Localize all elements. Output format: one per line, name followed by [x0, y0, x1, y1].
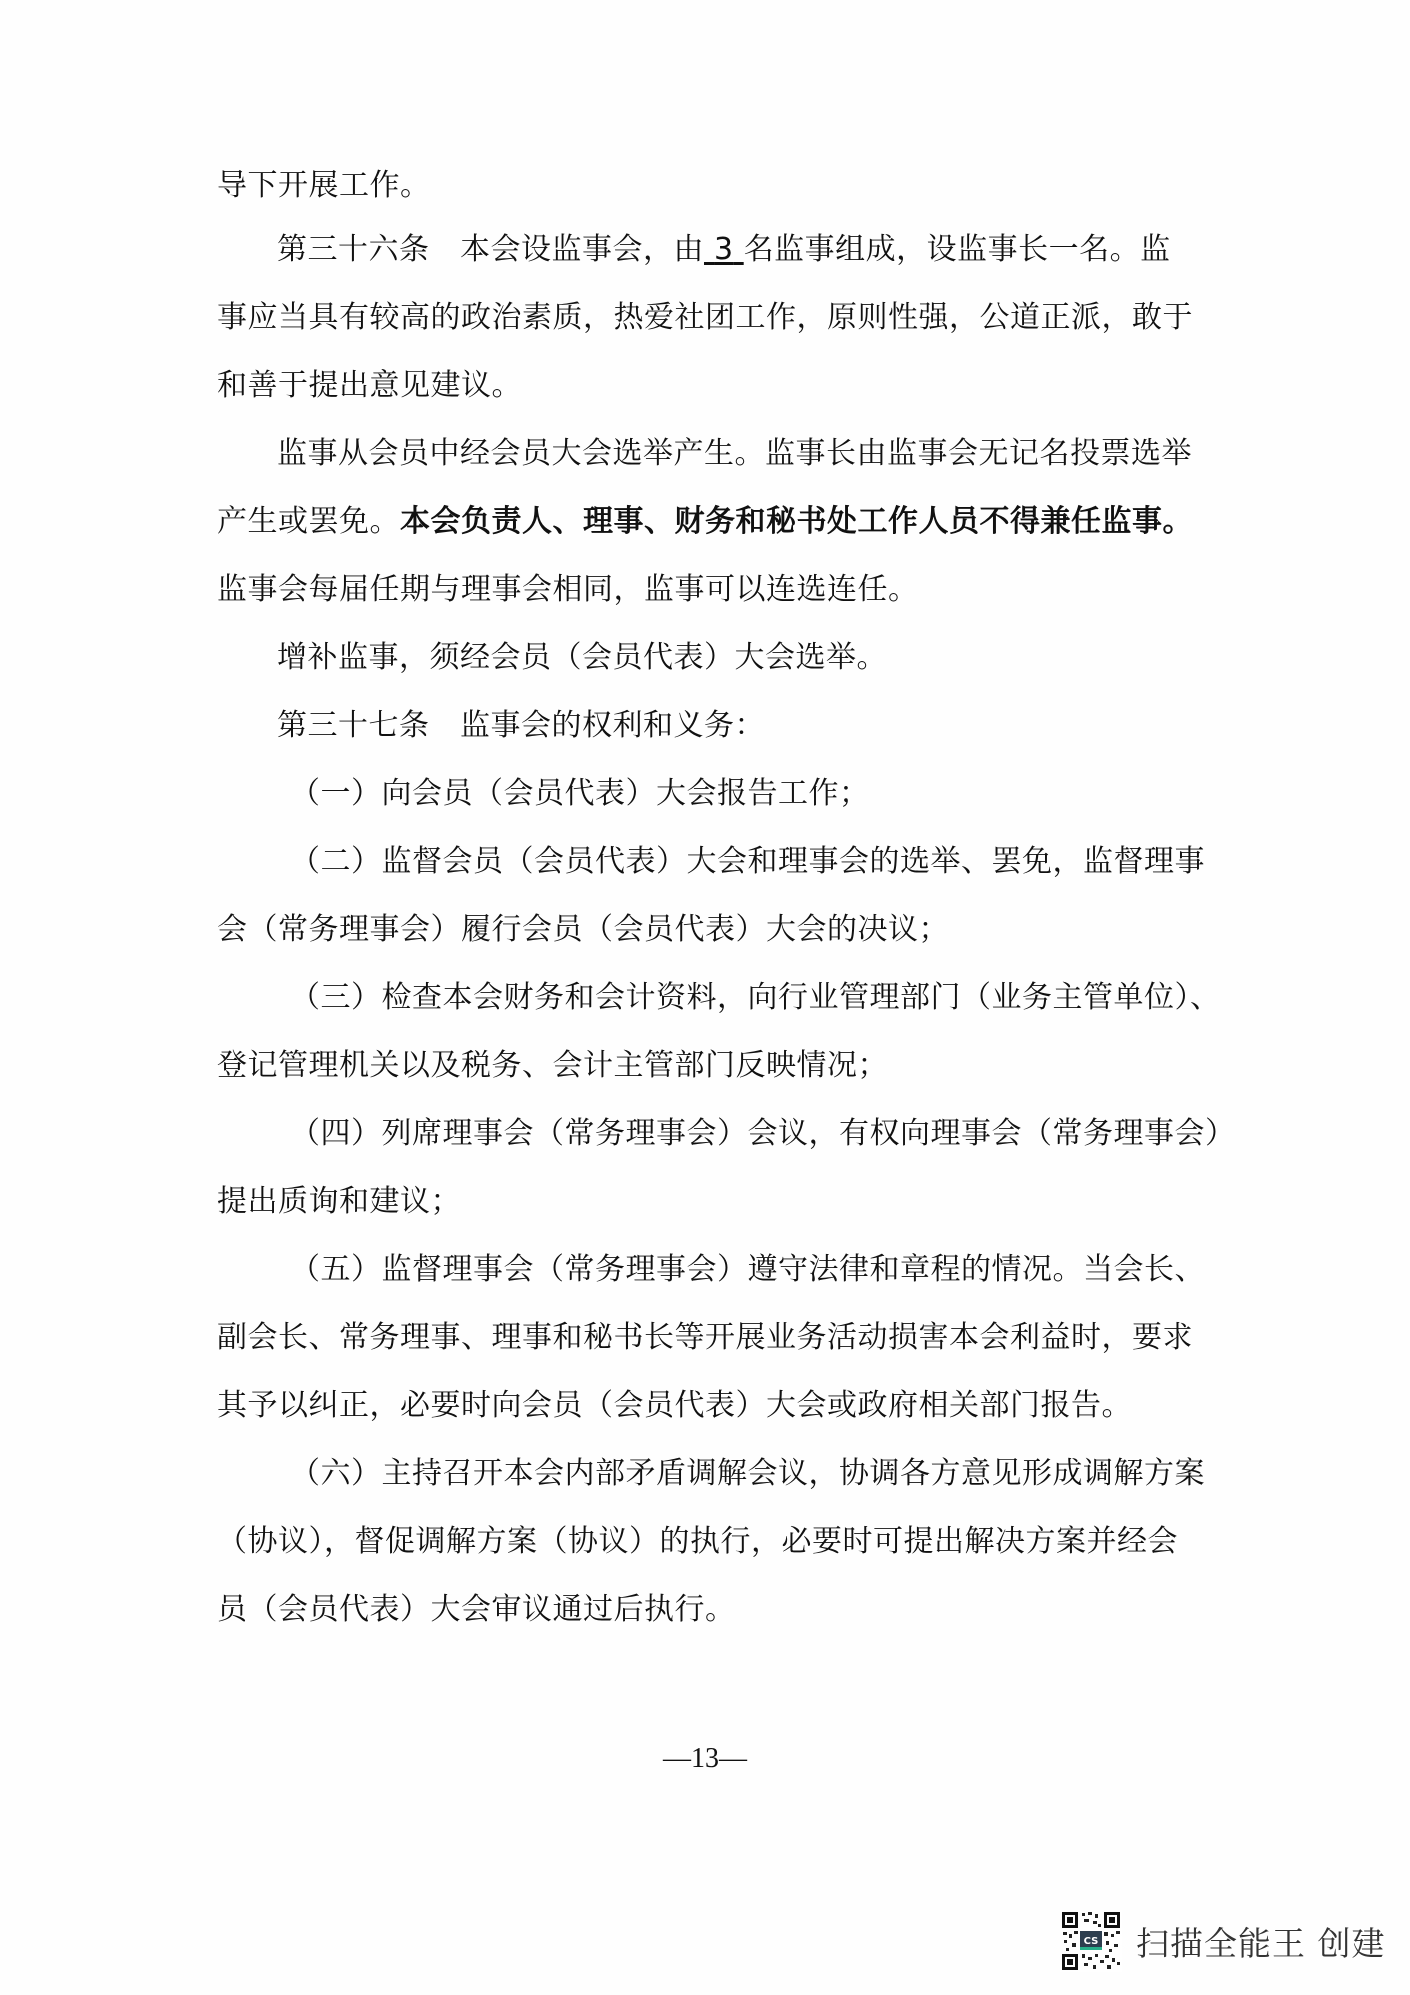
bold-restriction-text: 本会负责人、理事、财务和秘书处工作人员不得兼任监事。 — [400, 504, 1193, 539]
item-5-cont-1: 副会长、常务理事、理事和秘书长等开展业务活动损害本会利益时，要求 — [217, 1320, 1177, 1356]
watermark-text: 扫描全能王 创建 — [1136, 1918, 1386, 1965]
item-4: （四）列席理事会（常务理事会）会议，有权向理事会（常务理事会） — [290, 1116, 1250, 1152]
item-6-cont-2: 员（会员代表）大会审议通过后执行。 — [217, 1592, 1177, 1628]
text-line-6a: 产生或罢免。 — [217, 504, 400, 539]
article-37-heading: 第三十七条 监事会的权利和义务： — [277, 708, 1237, 744]
text-line-5: 监事从会员中经会员大会选举产生。监事长由监事会无记名投票选举 — [277, 436, 1237, 472]
text-line-1: 导下开展工作。 — [217, 168, 1177, 204]
text-line-4: 和善于提出意见建议。 — [217, 368, 1177, 404]
item-4-cont: 提出质询和建议； — [217, 1184, 1177, 1220]
item-3-cont: 登记管理机关以及税务、会计主管部门反映情况； — [217, 1048, 1177, 1084]
item-2: （二）监督会员（会员代表）大会和理事会的选举、罢免，监督理事 — [290, 844, 1250, 880]
document-page: 导下开展工作。 第三十六条 本会设监事会，由 3 名监事组成，设监事长一名。监 … — [0, 0, 1410, 1995]
item-3: （三）检查本会财务和会计资料，向行业管理部门（业务主管单位）、 — [290, 980, 1250, 1016]
supervisor-count: 3 — [704, 232, 744, 267]
item-2-cont: 会（常务理事会）履行会员（会员代表）大会的决议； — [217, 912, 1177, 948]
article-36-text-a: 第三十六条 本会设监事会，由 — [277, 232, 704, 267]
text-line-6: 产生或罢免。本会负责人、理事、财务和秘书处工作人员不得兼任监事。 — [217, 504, 1177, 540]
scanner-watermark: CS 扫描全能王 创建 — [1060, 1906, 1386, 1976]
item-6-cont-1: （协议），督促调解方案（协议）的执行，必要时可提出解决方案并经会 — [217, 1524, 1177, 1560]
page-number: —13— — [0, 1743, 1410, 1775]
article-36-text-b: 名监事组成，设监事长一名。监 — [744, 232, 1171, 267]
text-line-8: 增补监事，须经会员（会员代表）大会选举。 — [277, 640, 1237, 676]
item-5-cont-2: 其予以纠正，必要时向会员（会员代表）大会或政府相关部门报告。 — [217, 1388, 1177, 1424]
article-36-line: 第三十六条 本会设监事会，由 3 名监事组成，设监事长一名。监 — [277, 232, 1237, 268]
svg-text:CS: CS — [1084, 1936, 1099, 1947]
qr-code-icon: CS — [1060, 1910, 1122, 1972]
text-line-7: 监事会每届任期与理事会相同，监事可以连选连任。 — [217, 572, 1177, 608]
text-line-3: 事应当具有较高的政治素质，热爱社团工作，原则性强，公道正派，敢于 — [217, 300, 1177, 336]
item-1: （一）向会员（会员代表）大会报告工作； — [290, 776, 1250, 812]
item-5: （五）监督理事会（常务理事会）遵守法律和章程的情况。当会长、 — [290, 1252, 1250, 1288]
item-6: （六）主持召开本会内部矛盾调解会议，协调各方意见形成调解方案 — [290, 1456, 1250, 1492]
